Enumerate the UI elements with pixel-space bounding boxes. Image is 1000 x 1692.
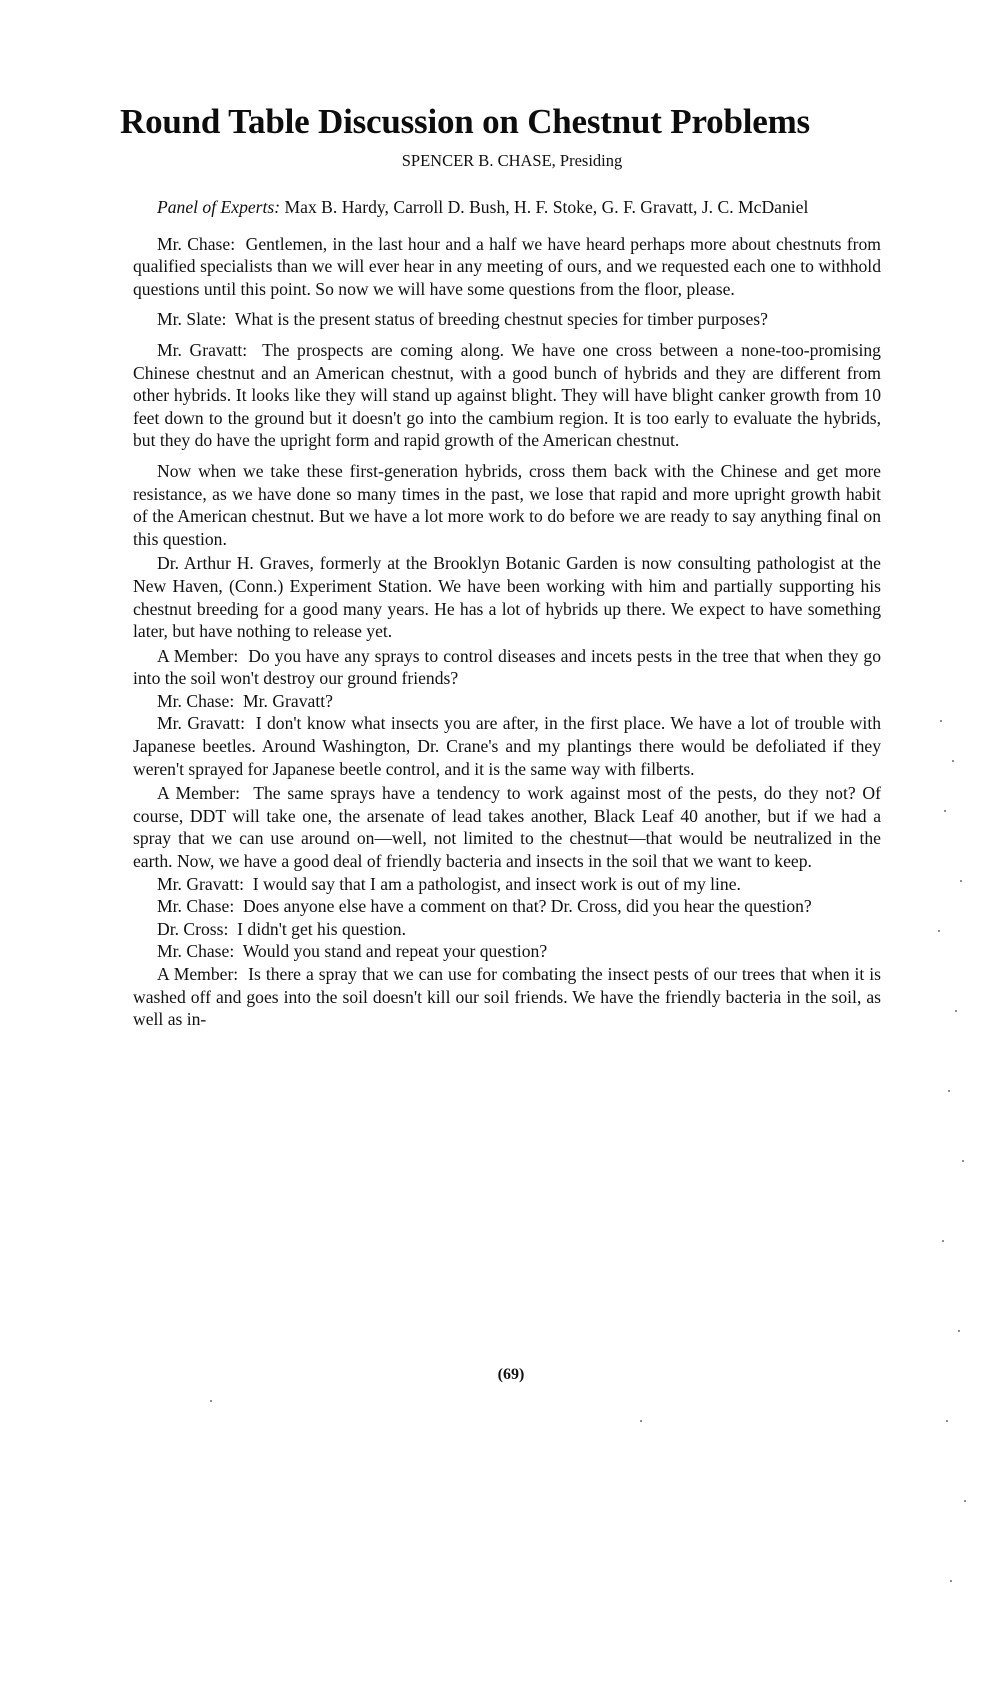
speaker-label: Mr. Chase:: [157, 941, 234, 961]
speaker-label: Mr. Slate:: [157, 309, 226, 329]
speaker-label: A Member:: [157, 783, 240, 803]
paragraph: Mr. Chase: Would you stand and repeat yo…: [133, 940, 881, 963]
scan-speck: [962, 1160, 964, 1162]
panel-label: Panel of Experts:: [157, 197, 280, 217]
paragraph-text: Dr. Arthur H. Graves, formerly at the Br…: [133, 553, 881, 641]
paragraph: Mr. Chase: Does anyone else have a comme…: [133, 895, 881, 918]
speaker-label: Mr. Chase:: [157, 234, 235, 254]
speaker-label: Mr. Gravatt:: [157, 340, 247, 360]
scan-speck: [640, 1420, 642, 1422]
paragraph: Mr. Chase: Gentlemen, in the last hour a…: [133, 233, 881, 301]
scan-speck: [940, 720, 942, 722]
scan-speck: [210, 1400, 212, 1402]
article-title: Round Table Discussion on Chestnut Probl…: [120, 100, 890, 144]
scan-speck: [960, 880, 962, 882]
paragraph: Dr. Arthur H. Graves, formerly at the Br…: [133, 552, 881, 642]
paragraph: Dr. Cross: I didn't get his question.: [133, 918, 881, 941]
paragraph-text: I would say that I am a pathologist, and…: [253, 874, 741, 894]
scan-speck: [948, 1090, 950, 1092]
paragraph-text: Mr. Gravatt?: [243, 691, 333, 711]
scan-speck: [946, 1420, 948, 1422]
speaker-label: Mr. Gravatt:: [157, 713, 245, 733]
speaker-label: Dr. Cross:: [157, 919, 228, 939]
paragraph-text: Gentlemen, in the last hour and a half w…: [133, 234, 881, 299]
scan-speck: [952, 760, 954, 762]
paragraph: Mr. Gravatt: I would say that I am a pat…: [133, 873, 881, 896]
paragraph: Mr. Chase: Mr. Gravatt?: [133, 690, 881, 713]
paragraph-text: I didn't get his question.: [237, 919, 406, 939]
speaker-label: Mr. Chase:: [157, 896, 234, 916]
paragraph: Mr. Gravatt: The prospects are coming al…: [133, 339, 881, 452]
paragraph-text: The same sprays have a tendency to work …: [133, 783, 881, 871]
scan-speck: [964, 1500, 966, 1502]
scan-speck: [955, 1010, 957, 1012]
paragraph-text: Is there a spray that we can use for com…: [133, 964, 881, 1029]
paragraph-text: Do you have any sprays to control diseas…: [133, 646, 881, 689]
article-body: Panel of Experts: Max B. Hardy, Carroll …: [133, 196, 881, 1031]
scan-speck: [942, 1240, 944, 1242]
paragraph: Mr. Slate: What is the present status of…: [133, 308, 881, 331]
paragraph: A Member: Do you have any sprays to cont…: [133, 645, 881, 690]
scan-speck: [950, 1580, 952, 1582]
paragraph: Mr. Gravatt: I don't know what insects y…: [133, 712, 881, 780]
speaker-label: Mr. Gravatt:: [157, 874, 244, 894]
page-number: (69): [0, 1364, 1000, 1386]
paragraph-text: What is the present status of breeding c…: [235, 309, 768, 329]
paragraph: A Member: The same sprays have a tendenc…: [133, 782, 881, 872]
panel-of-experts: Panel of Experts: Max B. Hardy, Carroll …: [133, 196, 881, 219]
paragraph: A Member: Is there a spray that we can u…: [133, 963, 881, 1031]
paragraph: Now when we take these first-generation …: [133, 460, 881, 550]
paragraph-text: I don't know what insects you are after,…: [133, 713, 881, 778]
paragraph-text: Now when we take these first-generation …: [133, 461, 881, 549]
speaker-label: A Member:: [157, 646, 238, 666]
panel-names: Max B. Hardy, Carroll D. Bush, H. F. Sto…: [285, 197, 809, 217]
scan-speck: [938, 930, 940, 932]
speaker-label: A Member:: [157, 964, 238, 984]
document-page: Round Table Discussion on Chestnut Probl…: [0, 0, 1000, 1692]
scan-speck: [944, 810, 946, 812]
paragraph-text: Does anyone else have a comment on that?…: [243, 896, 812, 916]
scan-speck: [958, 1330, 960, 1332]
presiding-byline: SPENCER B. CHASE, Presiding: [0, 150, 1000, 172]
paragraph-text: Would you stand and repeat your question…: [243, 941, 547, 961]
speaker-label: Mr. Chase:: [157, 691, 234, 711]
